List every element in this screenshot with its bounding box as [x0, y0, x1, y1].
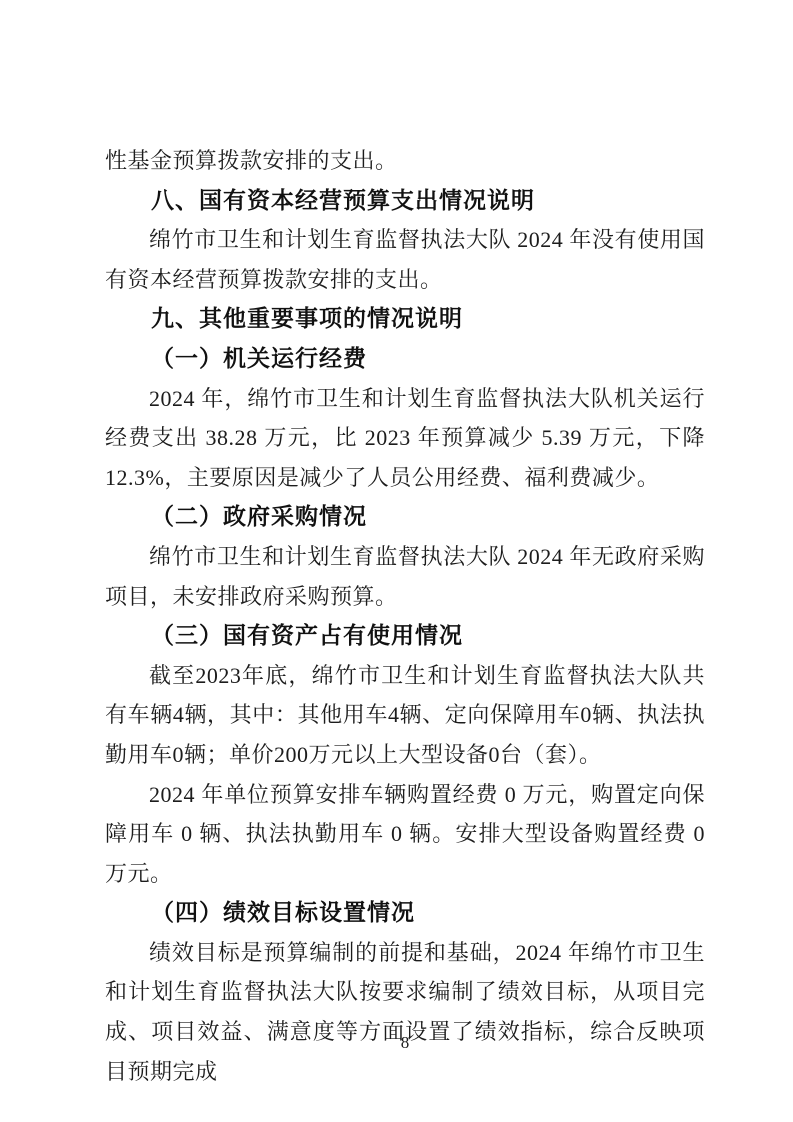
- page-number: 8: [105, 1032, 705, 1054]
- paragraph-agency-operating-funds: 2024 年，绵竹市卫生和计划生育监督执法大队机关运行经费支出 38.28 万元…: [105, 379, 705, 498]
- document-body: 性基金预算拨款安排的支出。 八、国有资本经营预算支出情况说明 绵竹市卫生和计划生…: [105, 141, 705, 1091]
- subheading-four-performance-targets: （四）绩效目标设置情况: [105, 893, 705, 933]
- paragraph-state-capital-budget: 绵竹市卫生和计划生育监督执法大队 2024 年没有使用国有资本经营预算拨款安排的…: [105, 220, 705, 299]
- paragraph-state-assets-vehicles: 截至2023年底，绵竹市卫生和计划生育监督执法大队共有车辆4辆，其中：其他用车4…: [105, 656, 705, 775]
- paragraph-government-procurement: 绵竹市卫生和计划生育监督执法大队 2024 年无政府采购项目，未安排政府采购预算…: [105, 537, 705, 616]
- subheading-three-state-assets-usage: （三）国有资产占有使用情况: [105, 616, 705, 656]
- subheading-two-government-procurement: （二）政府采购情况: [105, 497, 705, 537]
- section-heading-nine-other-important-matters: 九、其他重要事项的情况说明: [105, 299, 705, 339]
- document-page: 性基金预算拨款安排的支出。 八、国有资本经营预算支出情况说明 绵竹市卫生和计划生…: [0, 0, 793, 1122]
- continuation-paragraph: 性基金预算拨款安排的支出。: [105, 141, 705, 181]
- subheading-one-agency-operating-funds: （一）机关运行经费: [105, 339, 705, 379]
- paragraph-vehicle-equipment-purchase-budget: 2024 年单位预算安排车辆购置经费 0 万元，购置定向保障用车 0 辆、执法执…: [105, 775, 705, 894]
- paragraph-performance-targets: 绩效目标是预算编制的前提和基础，2024 年绵竹市卫生和计划生育监督执法大队按要…: [105, 933, 705, 1091]
- section-heading-eight-state-capital-budget: 八、国有资本经营预算支出情况说明: [105, 181, 705, 221]
